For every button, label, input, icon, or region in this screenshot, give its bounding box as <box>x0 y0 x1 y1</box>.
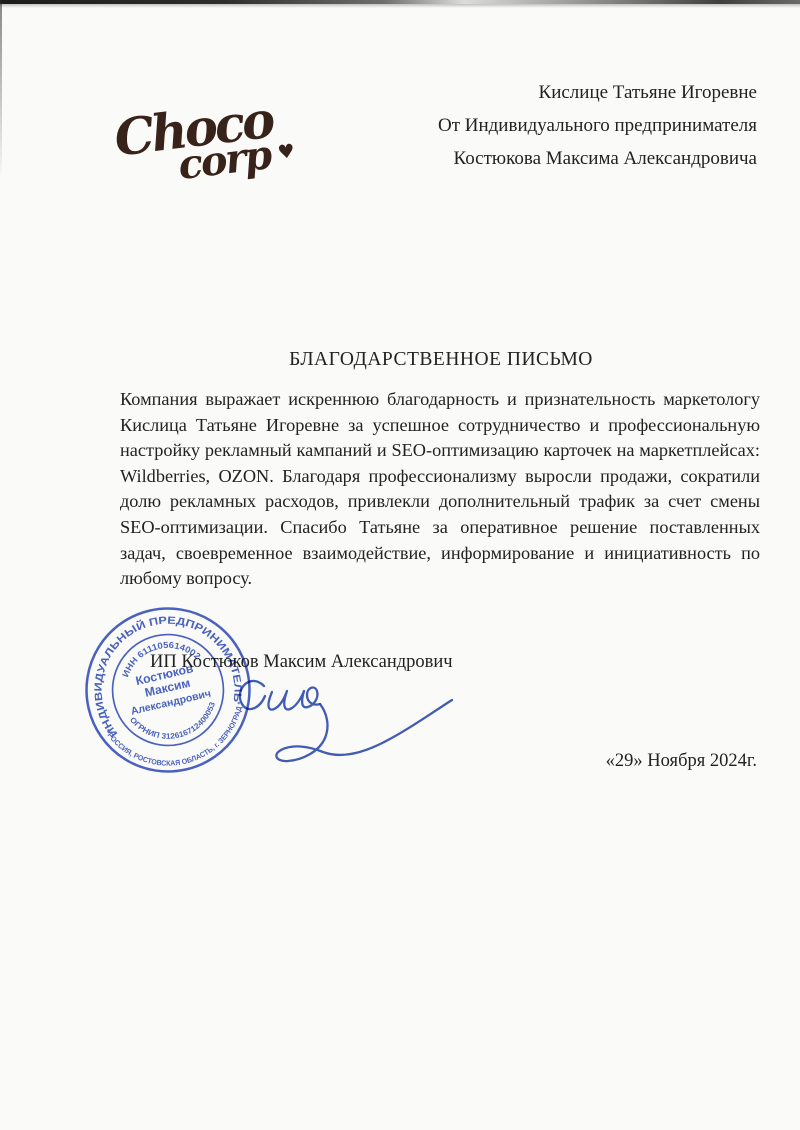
handwritten-signature <box>230 656 465 768</box>
logo-word-corp: corp <box>176 131 273 189</box>
recipient-name: Кислице Татьяне Игоревне <box>438 76 757 109</box>
letter-document: Choco corp♥ Кислице Татьяне Игоревне От … <box>0 0 800 1130</box>
sender-name: Костюкова Максима Александровича <box>438 142 757 175</box>
letter-date: «29» Ноября 2024г. <box>606 751 757 772</box>
scan-edge-artifact-left <box>0 0 2 180</box>
recipient-block: Кислице Татьяне Игоревне От Индивидуальн… <box>438 76 757 175</box>
signature-strokes <box>230 656 465 768</box>
letter-title: БЛАГОДАРСТВЕННОЕ ПИСЬМО <box>120 349 762 371</box>
chococorp-logo: Choco corp♥ <box>112 91 315 228</box>
scan-edge-shadow <box>0 4 800 8</box>
heart-icon: ♥ <box>276 140 294 164</box>
sender-intro: От Индивидуального предпринимателя <box>438 109 757 142</box>
letter-body: Компания выражает искреннюю благодарност… <box>120 387 760 592</box>
